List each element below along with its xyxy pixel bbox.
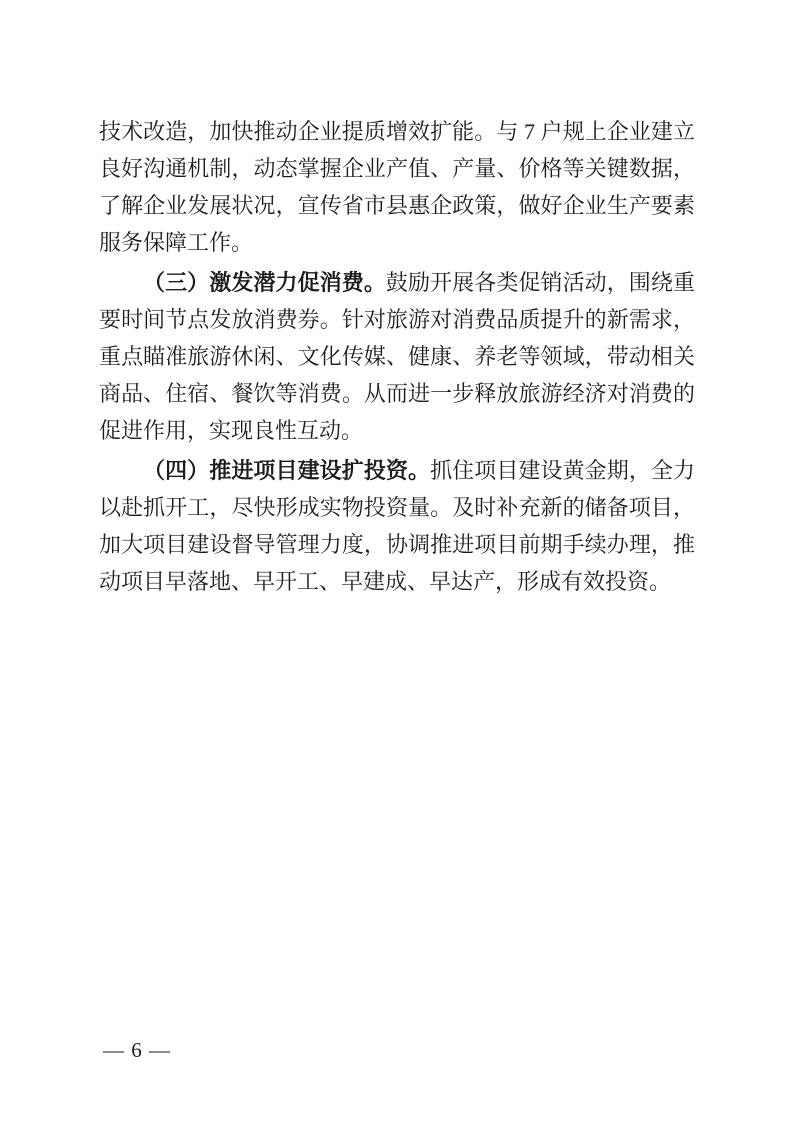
paragraph-item-3: （三）激发潜力促消费。鼓励开展各类促销活动，围绕重要时间节点发放消费券。针对旅游… bbox=[99, 264, 695, 449]
paragraph-text: 技术改造，加快推动企业提质增效扩能。与 7 户规上企业建立良好沟通机制，动态掌握… bbox=[99, 119, 695, 255]
document-page: 技术改造，加快推动企业提质增效扩能。与 7 户规上企业建立良好沟通机制，动态掌握… bbox=[0, 0, 793, 1122]
paragraph-item-4: （四）推进项目建设扩投资。抓住项目建设黄金期，全力以赴抓开工，尽快形成实物投资量… bbox=[99, 452, 695, 600]
paragraph-lead-heading: （三）激发潜力促消费。 bbox=[143, 270, 386, 295]
paragraph-lead-heading: （四）推进项目建设扩投资。 bbox=[143, 458, 430, 483]
page-number: — 6 — bbox=[103, 1040, 171, 1061]
paragraph-continuation: 技术改造，加快推动企业提质增效扩能。与 7 户规上企业建立良好沟通机制，动态掌握… bbox=[99, 113, 695, 261]
document-body: 技术改造，加快推动企业提质增效扩能。与 7 户规上企业建立良好沟通机制，动态掌握… bbox=[99, 113, 695, 600]
paragraph-text: 鼓励开展各类促销活动，围绕重要时间节点发放消费券。针对旅游对消费品质提升的新需求… bbox=[99, 270, 695, 443]
